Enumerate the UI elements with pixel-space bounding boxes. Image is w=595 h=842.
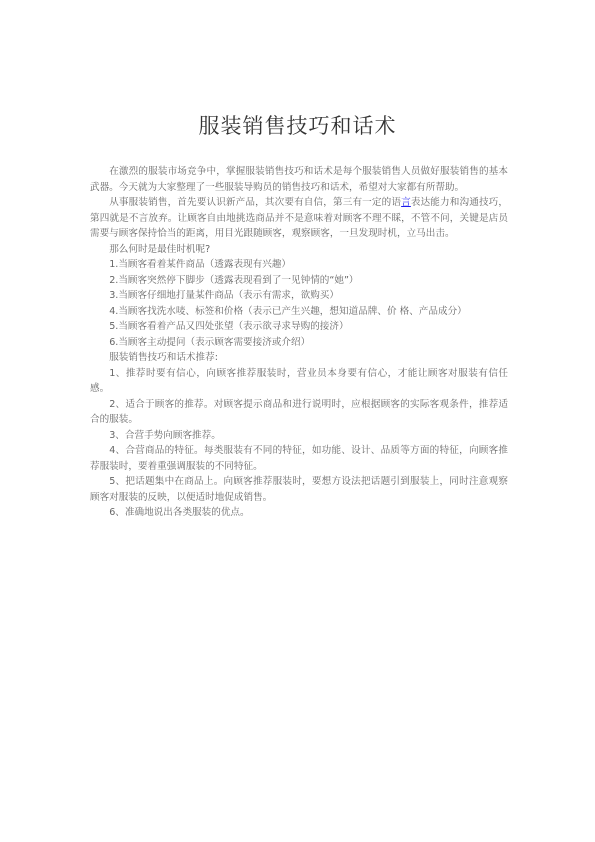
tip-2: 2、适合于顾客的推荐。对顾客提示商品和进行说明时，应根据顾客的实际客观条件，推荐… (90, 397, 508, 428)
timing-item-5: 5.当顾客看着产品又四处张望（表示欲寻求导购的接济） (90, 319, 508, 335)
timing-item-1: 1.当顾客看着某件商品（透露表现有兴趣） (90, 257, 508, 273)
document-page: 服装销售技巧和话术 在激烈的服装市场竞争中，掌握服装销售技巧和话术是每个服装销售… (0, 0, 595, 842)
tip-3: 3、合营手势向顾客推荐。 (90, 428, 508, 444)
language-link[interactable]: 言 (401, 197, 411, 208)
timing-item-3: 3.当顾客仔细地打量某件商品（表示有需求，欲购买） (90, 288, 508, 304)
skills-paragraph: 从事服装销售，首先要认识新产品，其次要有自信，第三有一定的语言表达能力和沟通技巧… (90, 195, 508, 242)
document-title: 服装销售技巧和话术 (0, 110, 595, 140)
skills-text-start: 从事服装销售，首先要认识新产品，其次要有自信，第三有一定的语 (109, 197, 401, 208)
tip-1: 1、推荐时要有信心，向顾客推荐服装时，营业员本身要有信心，才能让顾客对服装有信任… (90, 366, 508, 397)
timing-question: 那么何时是最佳时机呢? (90, 242, 508, 258)
tip-4: 4、合营商品的特征。每类服装有不同的特征，如功能、设计、品质等方面的特征，向顾客… (90, 443, 508, 474)
timing-item-2: 2.当顾客突然停下脚步（透露表现看到了一见钟情的“她”） (90, 273, 508, 289)
tips-heading: 服装销售技巧和话术推荐: (90, 350, 508, 366)
timing-item-6: 6.当顾客主动提问（表示顾客需要接济或介绍） (90, 335, 508, 351)
timing-item-4: 4.当顾客找洗水唛、标签和价格（表示已产生兴趣，想知道品牌、价 格、产品成分） (90, 304, 508, 320)
tip-5: 5、把话题集中在商品上。向顾客推荐服装时，要想方设法把话题引到服装上，同时注意观… (90, 474, 508, 505)
tip-6: 6、准确地说出各类服装的优点。 (90, 505, 508, 521)
document-body: 在激烈的服装市场竞争中，掌握服装销售技巧和话术是每个服装销售人员做好服装销售的基… (90, 164, 508, 521)
intro-paragraph: 在激烈的服装市场竞争中，掌握服装销售技巧和话术是每个服装销售人员做好服装销售的基… (90, 164, 508, 195)
